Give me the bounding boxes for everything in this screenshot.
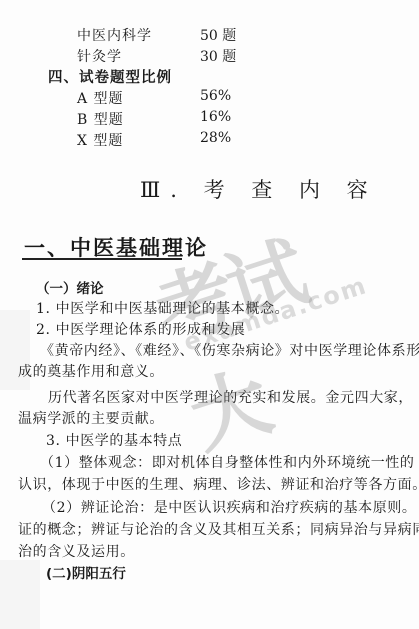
subject-label: 针灸学	[77, 46, 122, 66]
body-line: 2. 中医学理论体系的形成和发展	[36, 319, 245, 339]
subsection-heading: （一）绪论	[36, 277, 104, 297]
question-type-label: X 型题	[77, 130, 123, 150]
body-line: 治的含义及运用。	[18, 541, 135, 561]
bleed-through-shadow	[0, 560, 40, 629]
question-type-label: B 型题	[77, 109, 124, 129]
part-title: Ⅲ. 考 查 内 容	[140, 174, 378, 204]
body-line: 成的奠基作用和意义。	[18, 361, 164, 381]
subject-label: 中医内科学	[77, 25, 152, 45]
subject-count: 50 题	[200, 25, 236, 45]
question-type-ratio: 16%	[200, 109, 231, 125]
subsection-heading: (二)阴阳五行	[46, 562, 126, 582]
body-line: 认识，体现于中医的生理、病理、诊法、辨证和治疗等各方面。	[18, 474, 419, 494]
body-line: 1. 中医学和中医基础理论的基本概念。	[36, 298, 289, 318]
body-line: 历代著名医家对中医学理论的充实和发展。金元四大家，	[48, 387, 413, 407]
body-line: 证的概念；辨证与论治的含义及其相互关系；同病异治与异病同	[18, 519, 419, 539]
body-line: （1）整体观念：即对机体自身整体性和内外环境统一性的	[40, 452, 415, 472]
body-line: （2）辨证论治：是中医认识疾病和治疗疾病的基本原则。	[42, 497, 417, 517]
subject-count: 30 题	[200, 46, 236, 66]
question-type-label: A 型题	[77, 88, 124, 108]
body-line: 《黄帝内经》、《难经》、《伤寒杂病论》对中医学理论体系形	[40, 340, 419, 360]
chapter-title-underline	[22, 258, 182, 260]
question-type-ratio: 28%	[200, 130, 231, 146]
section-heading: 四、试卷题型比例	[48, 66, 172, 87]
body-line: 3. 中医学的基本特点	[46, 430, 182, 450]
question-type-ratio: 56%	[200, 88, 231, 104]
body-line: 温病学派的主要贡献。	[18, 408, 164, 428]
document-page: 中医内科学 50 题 针灸学 30 题 四、试卷题型比例 A 型题 56% B …	[0, 0, 419, 629]
